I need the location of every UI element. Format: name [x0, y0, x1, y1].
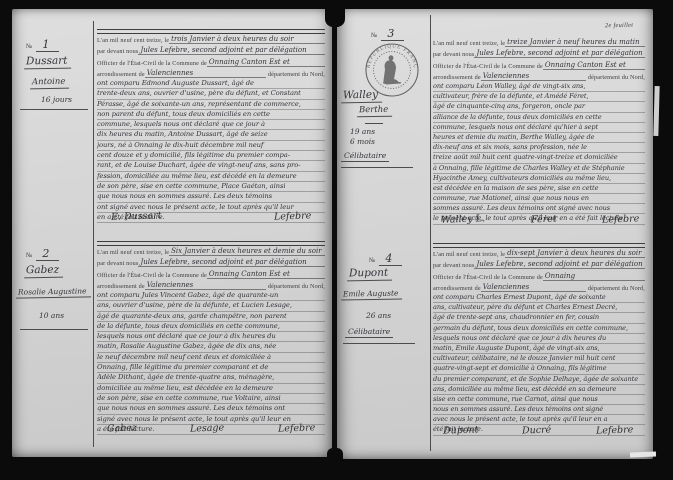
numero-label: №	[26, 43, 32, 50]
handwritten-line: commune, lesquels nous ont déclaré que c…	[97, 120, 325, 130]
margin-dash	[365, 123, 383, 124]
officer-handwritten: Jules Lefebre, second adjoint et par dél…	[474, 49, 645, 58]
handwritten-line: est décédée en la maison de ses père, si…	[433, 184, 645, 194]
form-line4-label: arrondissement de	[433, 74, 481, 81]
act3-body-text: ont comparu Léon Walley, âgé de vingt-si…	[433, 82, 645, 225]
act1-body-text: ont comparu Edmond Auguste Dussart, âgé …	[97, 79, 325, 223]
form-line4-suffix: département du Nord,	[266, 283, 325, 290]
handwritten-line: quatre-vingt-sept et domicilié à Onnaing…	[433, 364, 645, 374]
page-right: 2e feuillet № 3 RÉPUBLIQUE FRANÇAISE	[337, 9, 653, 459]
handwritten-line: sise en cette commune, rue Carnot, ainsi…	[433, 395, 645, 405]
act4-signatures: DupontDucréLefebre	[443, 425, 633, 436]
form-line4-label: arrondissement de	[97, 283, 145, 290]
deceased-surname: Walley	[341, 89, 382, 104]
handwritten-line: ont comparu Edmond Auguste Dussart, âgé …	[97, 79, 325, 89]
handwritten-line: domiciliée au même lieu, est décédée en …	[97, 384, 325, 394]
signature: Ducré	[522, 424, 552, 436]
signature: Walley L.	[441, 213, 485, 226]
act4-header: L'an mil neuf cent treize, ledix-sept Ja…	[433, 246, 645, 292]
signature: Lefebre	[601, 213, 639, 225]
act-number: № 4	[369, 249, 402, 267]
act-date-handwritten: Six Janvier à deux heures et demie du so…	[169, 247, 325, 256]
margin-underline	[343, 343, 415, 344]
form-line2-label: par devant nous	[97, 260, 138, 267]
handwritten-line: commune, rue Mationel, ainsi que nous no…	[433, 194, 645, 204]
act-number-value: 3	[381, 27, 404, 41]
signature: Lesage	[190, 422, 225, 434]
act-number-value: 2	[36, 247, 59, 261]
handwritten-line: âgé de cinquante-cinq ans, forgeron, onc…	[433, 102, 645, 112]
handwritten-line: du premier comparant, et de Sophie Delha…	[433, 375, 645, 385]
handwritten-line: de son père, sise en cette commune, rue …	[97, 394, 325, 404]
marianne-figure	[383, 55, 401, 84]
deceased-age: 16 jours	[38, 95, 75, 104]
form-line3-label: Officier de l'État-Civil de la Commune d…	[97, 272, 207, 279]
form-line3-label: Officier de l'État-Civil de la Commune d…	[433, 274, 543, 281]
signature: Dupont	[443, 424, 479, 436]
margin-underline	[341, 167, 413, 168]
act-date-handwritten: dix-sept Janvier à deux heures du soir	[505, 249, 645, 258]
page-edge-sliver-bottom	[630, 452, 656, 458]
act1-header: L'an mil neuf cent treize, letrois Janvi…	[97, 32, 325, 78]
handwritten-line: Pérasse, âgé de soixante-un ans, représe…	[97, 100, 325, 110]
arrondissement-handwritten: Valenciennes	[145, 281, 266, 290]
handwritten-line: que nous nous en sommes assuré. Les deux…	[97, 404, 325, 414]
handwritten-line: lesquels nous ont déclaré que ce jour à …	[433, 334, 645, 344]
handwritten-line: trente-deux ans, ouvrier d'usine, père d…	[97, 89, 325, 99]
handwritten-line: ont comparu Jules Vincent Gabez, âgé de …	[97, 291, 325, 301]
form-line2-label: par devant nous	[433, 262, 474, 269]
deceased-status: Célibataire	[341, 151, 389, 162]
deceased-age-months: 6 mois	[347, 137, 378, 146]
handwritten-line: ont comparu Charles Ernest Dupont, âgé d…	[433, 293, 645, 303]
handwritten-line: ans, cultivateur, père du défunt et Char…	[433, 303, 645, 313]
handwritten-line: jours, né à Onnaing le dix-huit décembre…	[97, 141, 325, 151]
act-number: № 2	[26, 244, 59, 262]
commune-handwritten: Onnaing	[543, 272, 645, 281]
handwritten-line: à Onnaing, fille légitime de Charles Wal…	[433, 164, 645, 174]
officer-handwritten: Jules Lefebre, second adjoint et par dél…	[138, 258, 325, 267]
handwritten-line: ans, domiciliée au même lieu, est décédé…	[433, 385, 645, 395]
acts-column-left: L'an mil neuf cent treize, letrois Janvi…	[97, 9, 325, 457]
form-line1-label: L'an mil neuf cent treize, le	[97, 249, 169, 256]
binding-notch-top	[325, 0, 345, 27]
handwritten-line: non parent du défunt, tous deux domicili…	[97, 110, 325, 120]
form-line4-suffix: département du Nord,	[586, 285, 645, 292]
page-edge-sliver	[653, 86, 659, 136]
form-line3-label: Officier de l'État-Civil de la Commune d…	[433, 63, 543, 70]
signature: Lefebre	[273, 210, 311, 222]
form-line3-label: Officier de l'État-Civil de la Commune d…	[97, 60, 207, 67]
margin-underline	[20, 329, 88, 330]
binding-notch-bottom	[327, 448, 343, 480]
signature: Lefebre	[277, 422, 315, 434]
arrondissement-handwritten: Valenciennes	[145, 69, 266, 78]
handwritten-line: de son père, sise en cette commune, Plac…	[97, 182, 325, 192]
handwritten-line: cultivateur, célibataire, né le douze Ja…	[433, 354, 645, 364]
acts-column-right: L'an mil neuf cent treize, letreize Janv…	[433, 9, 645, 459]
commune-handwritten: Onnaing Canton Est et	[207, 58, 325, 67]
deceased-given-name: Berthe	[357, 105, 392, 118]
handwritten-line: Hyacinthe Amey, cultivateurs domiciliés …	[433, 174, 645, 184]
form-line2-label: par devant nous	[433, 51, 474, 58]
form-line1-label: L'an mil neuf cent treize, le	[433, 40, 505, 47]
deceased-surname: Dupont	[347, 267, 392, 282]
deceased-surname: Dussart	[24, 55, 72, 70]
deceased-age: 26 ans	[363, 311, 394, 320]
handwritten-line: heures et demie du matin, Berthe Walley,…	[433, 133, 645, 143]
deceased-surname: Gabez	[24, 264, 63, 279]
arrondissement-handwritten: Valenciennes	[481, 283, 586, 292]
signature: Lefebre	[595, 424, 633, 436]
handwritten-line: Adèle Dithant, âgée de trente-quatre ans…	[97, 373, 325, 383]
form-line4-label: arrondissement de	[433, 285, 481, 292]
handwritten-line: dix heures du matin, Antoine Dussart, âg…	[97, 130, 325, 140]
act4-body-text: ont comparu Charles Ernest Dupont, âgé d…	[433, 293, 645, 436]
deceased-age: 10 ans	[36, 311, 67, 320]
handwritten-line: Onnaing, fille légitime du premier compa…	[97, 363, 325, 373]
act2-body-text: ont comparu Jules Vincent Gabez, âgé de …	[97, 291, 325, 435]
handwritten-line: ont comparu Léon Walley, âgé de vingt-si…	[433, 82, 645, 92]
signature: E. Dussart	[111, 210, 162, 223]
form-line4-suffix: département du Nord,	[266, 71, 325, 78]
act-number-value: 4	[379, 252, 402, 266]
commune-handwritten: Onnaing Canton Est et	[543, 61, 645, 70]
handwritten-line: germain du défunt, tous deux domiciliés …	[433, 324, 645, 334]
form-line1-label: L'an mil neuf cent treize, le	[97, 37, 169, 44]
act-date-handwritten: treize Janvier à neuf heures du matin	[505, 38, 645, 47]
handwritten-line: cultivateur, frère de la défunte, et Amé…	[433, 92, 645, 102]
register-spread: № 1 Dussart Antoine 16 jours № 2 Gabez R…	[0, 0, 673, 480]
handwritten-line: âgé de trente-sept ans, chaudronnier en …	[433, 313, 645, 323]
page-left: № 1 Dussart Antoine 16 jours № 2 Gabez R…	[12, 9, 332, 457]
handwritten-line: cent douze et y domicilié, fils légitime…	[97, 151, 325, 161]
deceased-given-name: Rosalie Augustine	[16, 286, 91, 298]
signature: Féret	[530, 214, 556, 226]
deceased-given-name: Antoine	[30, 77, 70, 90]
form-line1-label: L'an mil neuf cent treize, le	[433, 251, 505, 258]
handwritten-line: de la défunte, tous deux domiciliés en c…	[97, 322, 325, 332]
margin-divider-rule	[93, 21, 94, 447]
handwritten-line: fession, domiciliée au même lieu, est dé…	[97, 172, 325, 182]
form-line4-suffix: département du Nord,	[586, 74, 645, 81]
handwritten-line: ans, ouvrier d'usine, père de la défunte…	[97, 301, 325, 311]
numero-label: №	[371, 32, 377, 39]
handwritten-line: dix-neuf ans et six mois, sans professio…	[433, 143, 645, 153]
officer-handwritten: Jules Lefebre, second adjoint et par dél…	[474, 260, 645, 269]
deceased-given-name: Emile Auguste	[341, 288, 403, 300]
handwritten-line: commune, lesquels nous ont déclaré qu'hi…	[433, 123, 645, 133]
handwritten-line: matin, Emile Auguste Dupont, âgé de ving…	[433, 344, 645, 354]
act-number: № 1	[26, 35, 59, 53]
arrondissement-handwritten: Valenciennes	[481, 72, 586, 81]
deceased-status: Célibataire	[345, 327, 393, 338]
act2-header: L'an mil neuf cent treize, leSix Janvier…	[97, 244, 325, 290]
commune-handwritten: Onnaing Canton Est et	[207, 270, 325, 279]
form-line2-label: par devant nous	[97, 48, 138, 55]
act3-header: L'an mil neuf cent treize, letreize Janv…	[433, 35, 645, 81]
deceased-age: 19 ans	[347, 127, 378, 136]
act1-signatures: E. DussartLefebre	[111, 211, 311, 222]
handwritten-line: que nous nous en sommes assuré. Les deux…	[97, 192, 325, 202]
act-number-value: 1	[36, 38, 59, 52]
act-number: № 3	[371, 24, 404, 42]
handwritten-line: lesquels nous ont déclaré que ce jour à …	[97, 332, 325, 342]
act2-signatures: GabezLesageLefebre	[107, 423, 315, 434]
handwritten-line: âgé de quarante-deux ans, garde champêtr…	[97, 312, 325, 322]
form-line4-label: arrondissement de	[97, 71, 145, 78]
numero-label: №	[26, 252, 32, 259]
handwritten-line: alliance de la défunte, tous deux domici…	[433, 113, 645, 123]
act-date-handwritten: trois Janvier à deux heures du soir	[169, 35, 325, 44]
signature: Gabez	[107, 422, 137, 434]
handwritten-line: nous en sommes assuré. Les deux témoins …	[433, 405, 645, 415]
officer-handwritten: Jules Lefebre, second adjoint et par dél…	[138, 46, 325, 55]
handwritten-line: rant, et de Louise Duchart, âgée de ving…	[97, 161, 325, 171]
margin-divider-rule	[430, 15, 431, 451]
act3-signatures: Walley L.FéretLefebre	[441, 214, 639, 225]
handwritten-line: le neuf décembre mil neuf cent deux et d…	[97, 353, 325, 363]
numero-label: №	[369, 257, 375, 264]
margin-underline	[20, 109, 88, 110]
handwritten-line: treize août mil huit cent quatre-vingt-t…	[433, 153, 645, 163]
handwritten-line: matin, Rosalie Augustine Gabez, âgée de …	[97, 342, 325, 352]
